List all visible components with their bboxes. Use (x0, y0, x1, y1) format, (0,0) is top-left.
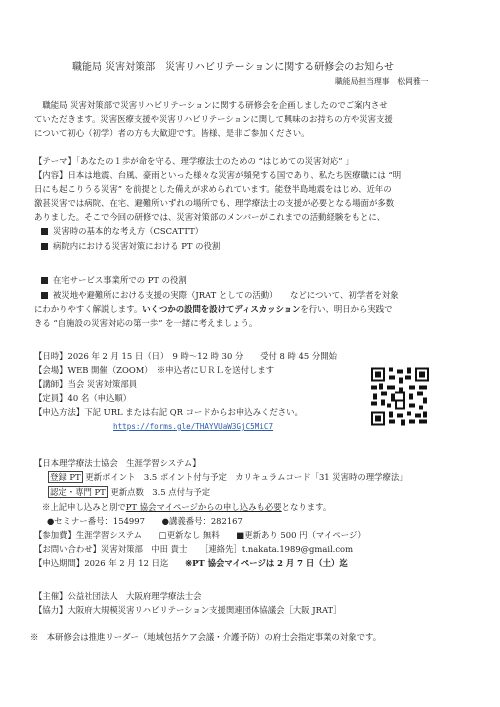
registered-pt-line: 登録 PT 更新ポイント 3.5 ポイント付与予定 カリキュラムコード「31 災… (48, 471, 408, 483)
host: 【主催】公益社団法人 大阪府理学療法士会 (34, 590, 202, 602)
theme-text: 「あなたの１歩が命を守る、理学療法士のための “はじめての災害対応” 」 (76, 156, 354, 166)
intro-line-3: について初心（初学）者の方も大歓迎です。皆様、是非ご参加ください。 (34, 127, 310, 139)
text: 更新ポイント 3.5 ポイント付与予定 カリキュラムコード「31 災害時の理学療… (83, 472, 408, 482)
certified-pt-badge: 認定・専門 PT (48, 486, 108, 498)
discussion-emphasis: いくつかの設問を設けてディスカッション (142, 304, 300, 314)
content-line-2: 日にも起こりうる災害” を前提とした備えが求められています。能登半島地震をはじめ… (34, 183, 392, 195)
intro-line-1: 職能局 災害対策部で災害リハビリテーションに関する研修会を企画しましたのでご案内… (34, 99, 388, 111)
square-bullet-icon (41, 243, 48, 250)
content-after-line-1: にわかりやすく解説します。いくつかの設問を設けてディスカッションを行い、明日から… (34, 303, 393, 315)
datetime: 【日時】2026 年 2 月 15 日（日） 9 時～12 時 30 分 受付 … (34, 350, 337, 362)
square-bullet-icon (41, 292, 48, 299)
theme-label: 【テーマ】 (34, 156, 76, 166)
bullet-item: 病院内における災害対策における PT の役割 (41, 240, 220, 252)
content-line-4: ありました。そこで今回の研修では、災害対策部のメンバーがこれまでの活動経験をもと… (34, 211, 385, 223)
registered-pt-badge: 登録 PT (48, 471, 83, 483)
qr-code-icon[interactable] (371, 367, 429, 426)
bullet-text: 病院内における災害対策における PT の役割 (53, 241, 220, 251)
square-bullet-icon (41, 228, 48, 235)
bullet-text: 災害時の基本的な考え方（CSCATTT） (53, 226, 203, 236)
text: 更新点数 3.5 点付与予定 (108, 487, 210, 497)
content-after-line-2: きる “自施設の災害対応の第一歩” を一緒に考えましょう。 (34, 317, 257, 329)
mypage-requirement: PT 協会マイページからの申し込みも必要 (126, 502, 282, 512)
square-bullet-icon (41, 277, 48, 284)
content-line-1: 【内容】日本は地震、台風、豪雨といった様々な災害が頻発する国であり、私たち医療職… (34, 169, 401, 181)
apply-method: 【申込方法】下記 URL または右記 QR コードからお申込みください。 (34, 406, 303, 418)
text: となります。 (282, 502, 332, 512)
venue: 【会場】WEB 開催（ZOOM） ※申込者にＵＲＬを送付します (34, 364, 274, 376)
text: を行い、明日から実践で (300, 304, 392, 314)
content-text: 日本は地震、台風、豪雨といった様々な災害が頻発する国であり、私たち医療職には “… (68, 170, 402, 180)
bullet-item: 被災地や避難所における支援の実際（JRAT としての活動） などについて、初学者… (41, 289, 399, 301)
certified-pt-line: 認定・専門 PT 更新点数 3.5 点付与予定 (48, 486, 210, 498)
application-form-link[interactable]: https://forms.gle/THAYVUaW3GjC5MiC7 (113, 421, 273, 433)
text: ※上記申し込みと別で (42, 502, 126, 512)
seminar-numbers: ●セミナー番号：154997 ●講義番号：282167 (47, 515, 243, 527)
footnote: ※ 本研修会は推進リーダー（地域包括ケア会議・介護予防）の府士会指定事業の対象で… (30, 631, 381, 643)
theme-line: 【テーマ】「あなたの１歩が命を守る、理学療法士のための “はじめての災害対応” … (34, 155, 354, 167)
author-line: 職能局担当理事 松岡雅一 (335, 76, 429, 88)
intro-line-2: ていただきます。災害医療支援や災害リハビリテーションに関して興味のお持ちの方や災… (34, 113, 393, 125)
bullet-text: 在宅サービス事業所での PT の役割 (53, 275, 187, 285)
content-label: 【内容】 (34, 170, 68, 180)
capacity: 【定員】40 名（申込順） (34, 392, 131, 404)
registration-note: ※上記申し込みと別でPT 協会マイページからの申し込みも必要となります。 (42, 501, 331, 513)
bullet-item: 在宅サービス事業所での PT の役割 (41, 274, 187, 286)
document-title: 職能局 災害対策部 災害リハビリテーションに関する研修会のお知らせ (72, 62, 394, 74)
bullet-text: 被災地や避難所における支援の実際（JRAT としての活動） などについて、初学者… (53, 290, 399, 300)
contact: 【お問い合わせ】災害対策部 中田 貴士 ［連絡先］t.nakata.1989@g… (34, 543, 353, 555)
mypage-deadline: ※PT 協会マイページは 2 月 7 日（土）迄 (185, 558, 348, 568)
content-line-3: 激甚災害では病院、在宅、避難所いずれの場所でも、理学療法士の支援が必要となる場面… (34, 197, 394, 209)
bullet-item: 災害時の基本的な考え方（CSCATTT） (41, 225, 203, 237)
lecturer: 【講師】当会 災害対策部員 (34, 378, 137, 390)
deadline: 【申込期間】2026 年 2 月 12 日迄 ※PT 協会マイページは 2 月 … (34, 557, 348, 569)
cooperation: 【協力】大阪府大規模災害リハビリテーション支援関連団体協議会［大阪 JRAT］ (34, 604, 342, 616)
lifelong-heading: 【日本理学療法士協会 生涯学習システム】 (34, 457, 201, 469)
text: にわかりやすく解説します。 (34, 304, 142, 314)
participation-fee: 【参加費】生涯学習システム □更新なし 無料 ■更新あり 500 円（マイページ… (34, 529, 366, 541)
text: 【申込期間】2026 年 2 月 12 日迄 (34, 558, 185, 568)
